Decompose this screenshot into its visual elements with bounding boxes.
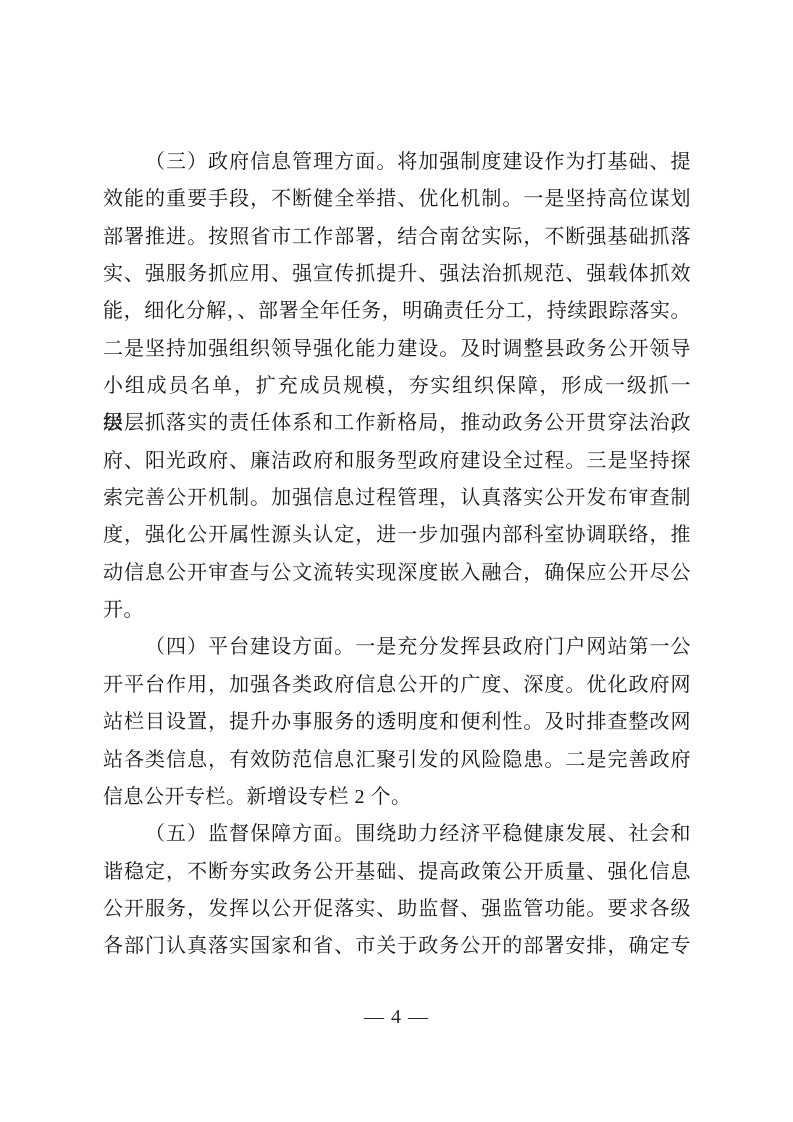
document-body: （三）政府信息管理方面。将加强制度建设作为打基础、提效能的重要手段，不断健全举措…: [103, 144, 691, 966]
text-line: 各部门认真落实国家和省、市关于政务公开的部署安排，确定专: [103, 928, 691, 965]
text-line: 开。: [103, 592, 691, 629]
text-line: 部署推进。按照省市工作部署，结合南岔实际，不断强基础抓落: [103, 219, 691, 256]
text-line: （四）平台建设方面。一是充分发挥县政府门户网站第一公: [103, 629, 691, 666]
text-line: 谐稳定，不断夯实政务公开基础、提高政策公开质量、强化信息: [103, 854, 691, 891]
text-line: 效能的重要手段，不断健全举措、优化机制。一是坚持高位谋划: [103, 181, 691, 218]
text-line: 公开服务，发挥以公开促落实、助监督、强监管功能。要求各级: [103, 891, 691, 928]
text-line: 开平台作用，加强各类政府信息公开的广度、深度。优化政府网: [103, 667, 691, 704]
text-line: 能，细化分解，、部署全年任务，明确责任分工，持续跟踪落实。: [103, 293, 691, 330]
text-line: 信息公开专栏。新增设专栏 2 个。: [103, 779, 691, 816]
page-number: — 4 —: [0, 1002, 793, 1032]
text-line: （三）政府信息管理方面。将加强制度建设作为打基础、提: [103, 144, 691, 181]
document-page: （三）政府信息管理方面。将加强制度建设作为打基础、提效能的重要手段，不断健全举措…: [0, 0, 793, 1122]
text-line: 府、阳光政府、廉洁政府和服务型政府建设全过程。三是坚持探: [103, 443, 691, 480]
text-line: 索完善公开机制。加强信息过程管理，认真落实公开发布审查制: [103, 480, 691, 517]
text-line: 站各类信息，有效防范信息汇聚引发的风险隐患。二是完善政府: [103, 742, 691, 779]
text-line: 二是坚持加强组织领导强化能力建设。及时调整县政务公开领导: [103, 331, 691, 368]
text-line: 层层抓落实的责任体系和工作新格局，推动政务公开贯穿法治政: [103, 405, 691, 442]
text-line: 小组成员名单，扩充成员规模，夯实组织保障，形成一级抓一级，: [103, 368, 691, 405]
text-line: 动信息公开审查与公文流转实现深度嵌入融合，确保应公开尽公: [103, 555, 691, 592]
text-line: 站栏目设置，提升办事服务的透明度和便利性。及时排查整改网: [103, 704, 691, 741]
text-line: 度，强化公开属性源头认定，进一步加强内部科室协调联络，推: [103, 517, 691, 554]
text-line: 实、强服务抓应用、强宣传抓提升、强法治抓规范、强载体抓效: [103, 256, 691, 293]
text-line: （五）监督保障方面。围绕助力经济平稳健康发展、社会和: [103, 816, 691, 853]
